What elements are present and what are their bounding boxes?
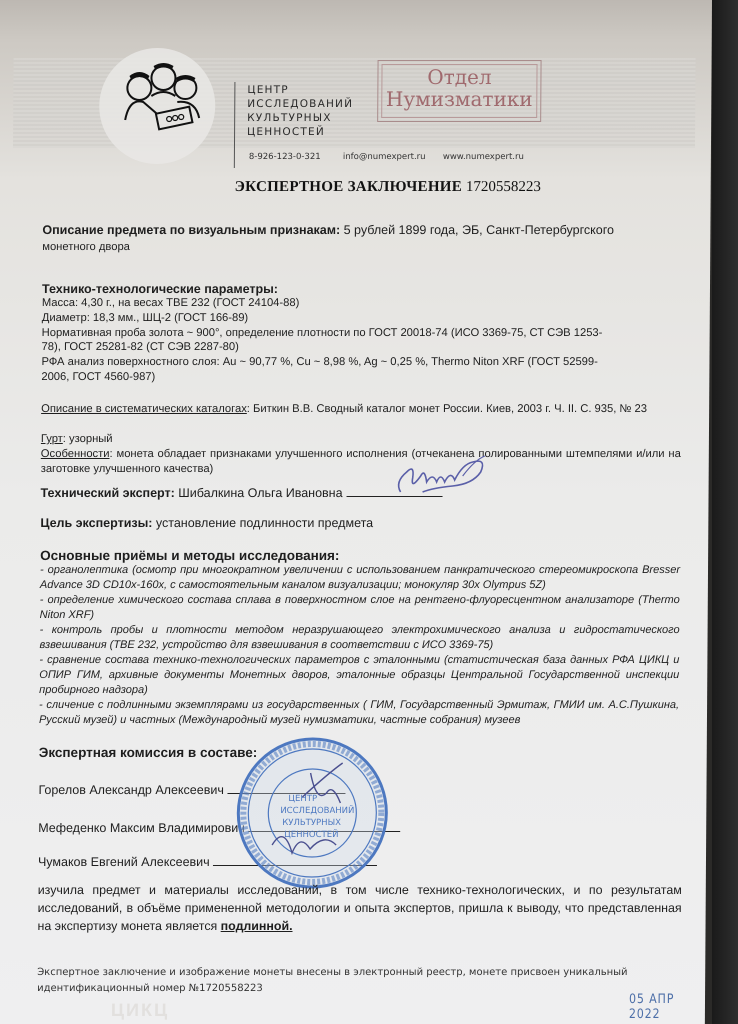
method-item: - сличение с подлинными экземплярами из …: [39, 698, 679, 728]
org-name-line: ЦЕННОСТЕЙ: [247, 125, 353, 139]
registry-note: Экспертное заключение и изображение моне…: [37, 965, 697, 997]
method-item: - определение химического состава сплава…: [40, 593, 680, 623]
commission-member-name: Чумаков Евгений Алексеевич: [38, 855, 210, 869]
date-stamp: 05 АПР 2022: [629, 992, 694, 1022]
technical-expert: Технический эксперт: Шибалкина Ольга Ива…: [41, 484, 681, 501]
contact-phone: 8-926-123-0-321: [249, 152, 321, 162]
features-label: Особенности: [41, 448, 110, 460]
commission-heading-text: Экспертная комиссия в составе:: [39, 745, 258, 760]
edge-value: : узорный: [63, 433, 113, 445]
contact-website: www.numexpert.ru: [443, 152, 524, 162]
tech-params-heading: Технико-технологические параметры:: [42, 281, 682, 297]
stamp-text: ИССЛЕДОВАНИЙ: [280, 804, 354, 816]
catalog-value: : Биткин В.В. Сводный каталог монет Росс…: [247, 403, 647, 415]
registry-note-line: Экспертное заключение и изображение моне…: [37, 965, 697, 981]
method-item: - контроль пробы и плотности методом нер…: [39, 623, 679, 653]
expert-signature-icon: [393, 452, 493, 498]
methods-heading: Основные приёмы и методы исследования:: [40, 548, 680, 564]
document-page: ЦЕНТР ИССЛЕДОВАНИЙ КУЛЬТУРНЫХ ЦЕННОСТЕЙ …: [0, 0, 712, 1024]
tech-param-fineness-cont: 78), ГОСТ 25281-82 (СТ СЭВ 2287-80): [42, 340, 682, 355]
contact-email: info@numexpert.ru: [343, 152, 426, 162]
technical-expert-label: Технический эксперт:: [41, 486, 175, 500]
department-line: Нумизматики: [378, 88, 540, 110]
purpose-label: Цель экспертизы:: [40, 516, 152, 530]
catalog-description: Описание в систематических каталогах: Би…: [41, 402, 681, 417]
stamp-text: ЦЕННОСТЕЙ: [284, 828, 338, 840]
department-line: Отдел: [378, 66, 540, 88]
org-name-line: КУЛЬТУРНЫХ: [247, 111, 353, 125]
document-title-text: ЭКСПЕРТНОЕ ЗАКЛЮЧЕНИЕ: [235, 179, 463, 195]
document-title: ЭКСПЕРТНОЕ ЗАКЛЮЧЕНИЕ 1720558223: [235, 179, 541, 196]
round-seal-stamp-icon: ЦЕНТР ИССЛЕДОВАНИЙ КУЛЬТУРНЫХ ЦЕННОСТЕЙ: [232, 733, 393, 893]
registry-note-line: идентификационный номер №1720558223: [37, 981, 697, 997]
purpose-value: установление подлинности предмета: [156, 516, 373, 530]
conclusion: изучила предмет и материалы исследований…: [37, 881, 681, 935]
org-name-line: ИССЛЕДОВАНИЙ: [247, 97, 353, 111]
features-value: : монета обладает признаками улучшенного…: [41, 448, 681, 475]
tech-param-xrf: РФА анализ поверхностного слоя: Au ~ 90,…: [41, 355, 681, 370]
methods-heading-text: Основные приёмы и методы исследования:: [40, 548, 339, 563]
expertise-purpose: Цель экспертизы: установление подлинност…: [40, 515, 680, 531]
organization-name: ЦЕНТР ИССЛЕДОВАНИЙ КУЛЬТУРНЫХ ЦЕННОСТЕЙ: [247, 83, 353, 139]
technical-expert-name: Шибалкина Ольга Ивановна: [178, 486, 342, 500]
tech-param-mass: Масса: 4,30 г., на весах ТВЕ 232 (ГОСТ 2…: [42, 296, 682, 311]
methods-list: - органолептика (осмотр при многократном…: [39, 563, 680, 728]
tech-params-list: Масса: 4,30 г., на весах ТВЕ 232 (ГОСТ 2…: [41, 296, 682, 385]
tech-param-xrf-cont: 2006, ГОСТ 4560-987): [41, 370, 681, 385]
conclusion-text: изучила предмет и материалы исследований…: [37, 883, 681, 933]
item-description-value-cont: монетного двора: [42, 241, 130, 253]
tech-param-diameter: Диаметр: 18,3 мм., ШЦ-2 (ГОСТ 166-89): [42, 311, 682, 326]
tech-param-fineness: Нормативная проба золота ~ 900°, определ…: [42, 326, 682, 341]
document-number: 1720558223: [466, 179, 541, 195]
commission-member-name: Мефеденко Максим Владимирович: [38, 821, 245, 835]
experts-with-magnifier-logo-icon: [117, 58, 208, 134]
edge-description: Гурт: узорный: [41, 432, 681, 447]
watermark: ЦИКЦ: [111, 1000, 169, 1021]
conclusion-verdict: подлинной.: [221, 919, 293, 933]
background-edge: [712, 0, 738, 1024]
item-description-label: Описание предмета по визуальным признака…: [42, 223, 340, 237]
method-item: - сравнение состава технико-технологичес…: [39, 653, 679, 698]
department-badge: Отдел Нумизматики: [377, 60, 541, 122]
method-item: - органолептика (осмотр при многократном…: [40, 563, 680, 593]
catalog-label: Описание в систематических каталогах: [41, 403, 247, 415]
tech-params-heading-text: Технико-технологические параметры:: [42, 282, 278, 296]
commission-member-name: Горелов Александр Алексеевич: [38, 783, 223, 797]
features-description: Особенности: монета обладает признаками …: [41, 447, 681, 477]
item-description: Описание предмета по визуальным признака…: [42, 222, 682, 255]
org-name-line: ЦЕНТР: [247, 83, 353, 97]
stamp-text: ЦЕНТР: [288, 794, 317, 804]
stamp-text: КУЛЬТУРНЫХ: [282, 818, 341, 828]
item-description-value: 5 рублей 1899 года, ЭБ, Санкт-Петербургс…: [344, 223, 614, 237]
edge-label: Гурт: [41, 433, 63, 445]
